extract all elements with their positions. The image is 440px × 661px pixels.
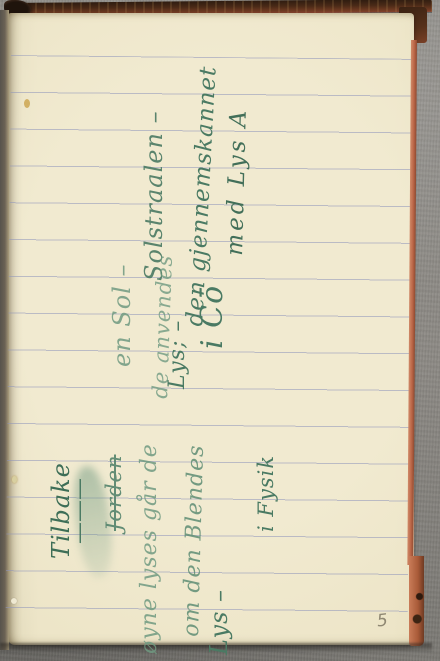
handwriting-line-i-co: i Cō <box>195 285 230 349</box>
handwriting-line-lys-bottom: Lys – <box>205 589 233 655</box>
page-number: 5 <box>376 610 389 631</box>
binding-gutter <box>0 10 9 650</box>
paper-stain <box>11 598 17 604</box>
paper-stain <box>24 99 30 108</box>
handwriting-line-med-lys: med Lys A <box>222 107 252 256</box>
handwriting-line-i-fysik: i Fysik <box>254 455 278 532</box>
handwriting-line-jorden-struck: Jorden <box>102 455 126 532</box>
handwriting-line-lys-dash: Lys; – <box>165 320 190 389</box>
handwriting-long-stroke: ——— <box>67 478 92 544</box>
page-block-fore-edge-bottom <box>409 556 424 646</box>
handwriting-line-oyne-lyses: øyne lyses går de <box>137 443 162 654</box>
photo-backdrop: Solstraalen – en Sol – de anvendes Lys; … <box>0 0 440 661</box>
paper-stain <box>12 476 17 483</box>
handwriting-line-en-sol: en Sol – <box>108 264 136 367</box>
